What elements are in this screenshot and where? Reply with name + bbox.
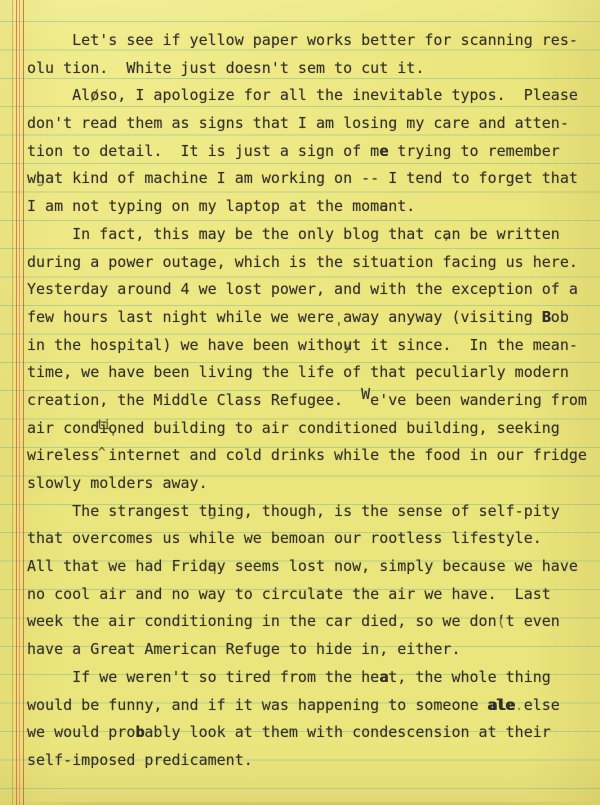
- typed-correction: aq: [208, 553, 217, 581]
- typed-correction: uy: [343, 332, 352, 360]
- typed-text: Let's see if yellow paper works better f…: [27, 27, 600, 775]
- typed-correction: hg: [36, 165, 45, 193]
- typed-correction: i': [108, 442, 117, 470]
- typed-line: whgat kind of machine I am working on --…: [27, 165, 600, 193]
- typed-line: Let's see if yellow paper works better f…: [27, 27, 600, 55]
- typed-correction: .: [515, 692, 524, 720]
- typed-correction: B: [542, 304, 551, 332]
- typed-line: Alo/so, I apologize for all the inevitab…: [27, 82, 600, 110]
- typed-correction: W: [361, 381, 370, 409]
- typed-line: creation, the Middle Class Refugee. We'v…: [27, 387, 600, 415]
- typed-correction: o': [334, 332, 343, 360]
- typed-correction: b: [135, 719, 144, 747]
- typed-line: have a Great American Refuge to hide in,…: [27, 636, 600, 664]
- typed-line: If we weren't so tired from the heat, th…: [27, 664, 600, 692]
- typed-correction: e: [379, 138, 388, 166]
- typed-line: The strangest thging, though, is the sen…: [27, 498, 600, 526]
- typed-correction: a,: [442, 221, 451, 249]
- typed-line: don't read them as signs that I am losin…: [27, 110, 600, 138]
- margin-line: [16, 0, 18, 805]
- typed-line: In fact, this may be the only blog that …: [27, 221, 600, 249]
- typed-correction: ae: [379, 193, 388, 221]
- margin-line: [19, 0, 20, 805]
- typed-correction: ale: [488, 692, 515, 720]
- typed-correction: hg: [208, 498, 217, 526]
- typed-line: tion to detail. It is just a sign of me …: [27, 138, 600, 166]
- typed-correction: a: [379, 664, 388, 692]
- typed-line: Yesterday around 4 we lost power, and wi…: [27, 276, 600, 304]
- typed-correction: '(: [497, 608, 506, 636]
- typed-line: would be funny, and if it was happening …: [27, 692, 600, 720]
- typed-line: All that we had Fridaqy seems lost now, …: [27, 553, 600, 581]
- typed-line: I am not typing on my laptop at the moma…: [27, 193, 600, 221]
- paper-sheet: Let's see if yellow paper works better f…: [0, 0, 600, 805]
- typed-line: self-imposed predicament.: [27, 747, 600, 775]
- typed-line: during a power outage, which is the situ…: [27, 249, 600, 277]
- typed-line: that overcomes us while we bemoan our ro…: [27, 525, 600, 553]
- typed-line: week the air conditioning in the car die…: [27, 608, 600, 636]
- typed-line: olu tion. White just doesn't sem to cut …: [27, 55, 600, 83]
- typed-line: no cool air and no way to circulate the …: [27, 581, 600, 609]
- typed-line: time, we have been living the life of th…: [27, 359, 600, 387]
- typed-line: in the hospital) we have been witho'uyt …: [27, 332, 600, 360]
- typed-line: few hours last night while we were away …: [27, 304, 600, 332]
- typed-line: we would probably look at them with cond…: [27, 719, 600, 747]
- margin-line: [23, 0, 25, 805]
- typed-correction: o/: [90, 82, 99, 110]
- margin-line: [12, 0, 13, 805]
- typed-line: slowly molders away.: [27, 470, 600, 498]
- typed-line: wireless i'nternet and cold drinks while…: [27, 442, 600, 470]
